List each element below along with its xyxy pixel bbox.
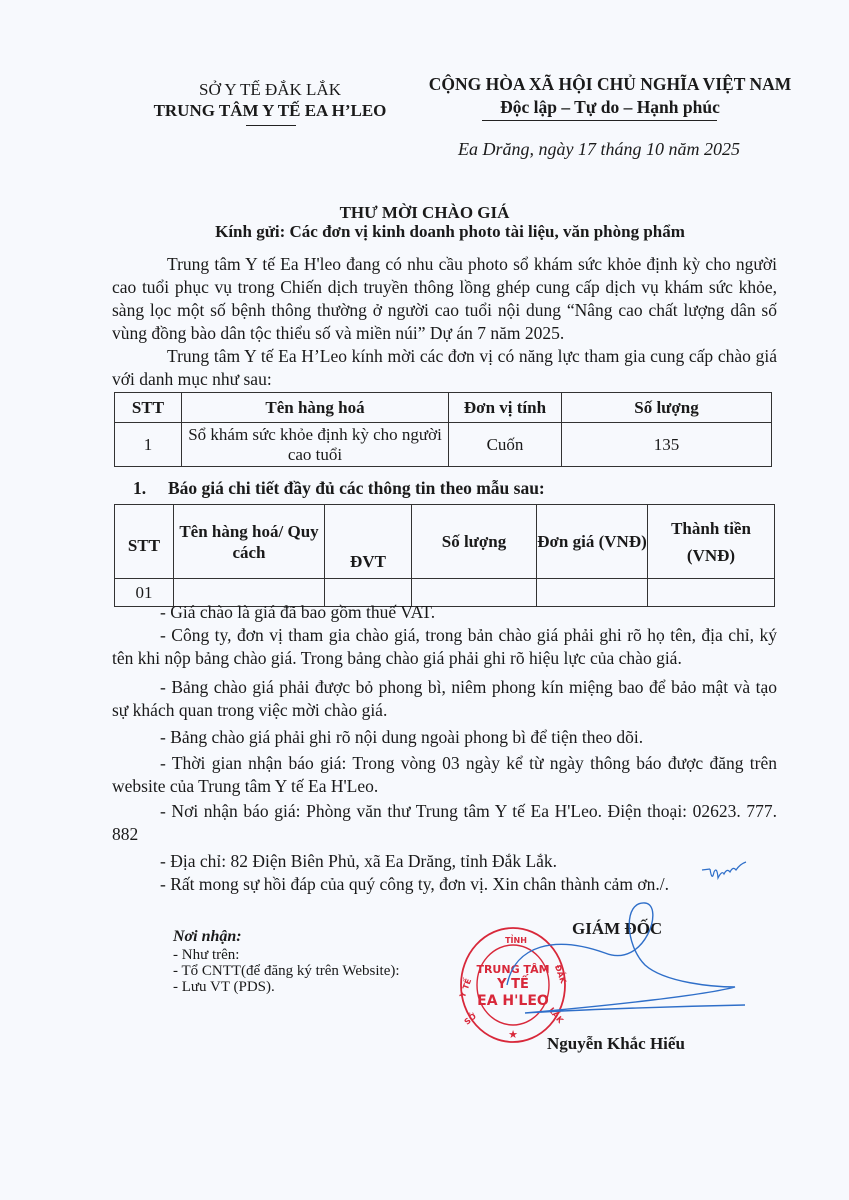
col-stt: STT (115, 393, 182, 423)
note-text: - Công ty, đơn vị tham gia chào giá, tro… (112, 625, 777, 668)
note-submission-place: - Nơi nhận báo giá: Phòng văn thư Trung … (112, 800, 777, 845)
document-date: Ea Drăng, ngày 17 tháng 10 năm 2025 (458, 139, 740, 160)
col-unit: ĐVT (325, 505, 412, 579)
intro-paragraph: Trung tâm Y tế Ea H'leo đang có nhu cầu … (112, 253, 777, 345)
recipient-item: - Lưu VT (PDS). (173, 979, 400, 995)
col-stt: STT (115, 505, 174, 579)
cell-item-name: Sổ khám sức khỏe định kỳ cho người cao t… (182, 423, 449, 467)
signer-name: Nguyễn Khắc Hiếu (547, 1034, 685, 1054)
parent-agency: SỞ Y TẾ ĐẮK LẮK (120, 80, 420, 100)
col-item-spec: Tên hàng hoá/ Quy cách (174, 505, 325, 579)
document-addressee: Kính gửi: Các đơn vị kinh doanh photo tà… (150, 222, 750, 242)
note-text: - Thời gian nhận báo giá: Trong vòng 03 … (112, 753, 777, 796)
note-company-info: - Công ty, đơn vị tham gia chào giá, tro… (112, 624, 777, 669)
col-quantity: Số lượng (412, 505, 537, 579)
recipient-item: - Tổ CNTT(để đăng ký trên Website): (173, 963, 400, 979)
recipients-block: Nơi nhận: - Như trên: - Tổ CNTT(để đăng … (173, 927, 400, 995)
svg-text:★: ★ (508, 1028, 518, 1041)
agency-header: SỞ Y TẾ ĐẮK LẮK TRUNG TÂM Y TẾ EA H’LEO (120, 80, 420, 122)
col-total: Thành tiền (VNĐ) (648, 505, 775, 579)
recipients-heading: Nơi nhận: (173, 927, 400, 947)
cell-unit: Cuốn (449, 423, 562, 467)
handwritten-signature (495, 895, 755, 1025)
note-text: - Nơi nhận báo giá: Phòng văn thư Trung … (112, 801, 777, 844)
national-header: CỘNG HÒA XÃ HỘI CHỦ NGHĨA VIỆT NAM Độc l… (400, 72, 820, 118)
note-thanks: - Rất mong sự hồi đáp của quý công ty, đ… (112, 873, 777, 896)
section-1-heading: Báo giá chi tiết đầy đủ các thông tin th… (168, 478, 545, 499)
col-quantity: Số lượng (562, 393, 772, 423)
note-text: - Bảng chào giá phải được bỏ phong bì, n… (112, 677, 777, 720)
note-text: - Bảng chào giá phải ghi rõ nội dung ngo… (160, 727, 643, 747)
svg-text:Y TẾ: Y TẾ (458, 976, 473, 1000)
table-row: 1 Sổ khám sức khỏe định kỳ cho người cao… (115, 423, 772, 467)
quote-table-header: STT Tên hàng hoá/ Quy cách ĐVT Số lượng … (115, 505, 775, 579)
col-unit-price: Đơn giá (VNĐ) (537, 505, 648, 579)
motto-underline (482, 120, 717, 121)
section-1-number: 1. (133, 478, 146, 499)
note-address: - Địa chỉ: 82 Điện Biên Phủ, xã Ea Drăng… (112, 850, 777, 873)
document-title: THƯ MỜI CHÀO GIÁ (0, 203, 849, 223)
note-sealed-envelope: - Bảng chào giá phải được bỏ phong bì, n… (112, 676, 777, 721)
note-deadline: - Thời gian nhận báo giá: Trong vòng 03 … (112, 752, 777, 797)
invitation-paragraph: Trung tâm Y tế Ea H’Leo kính mời các đơn… (112, 345, 777, 391)
col-item-name: Tên hàng hoá (182, 393, 449, 423)
national-title: CỘNG HÒA XÃ HỘI CHỦ NGHĨA VIỆT NAM (400, 72, 820, 96)
cell-quantity: 135 (562, 423, 772, 467)
items-table-header: STT Tên hàng hoá Đơn vị tính Số lượng (115, 393, 772, 423)
note-text: - Địa chỉ: 82 Điện Biên Phủ, xã Ea Drăng… (160, 851, 557, 871)
issuing-agency: TRUNG TÂM Y TẾ EA H’LEO (120, 100, 420, 122)
quote-form-table: STT Tên hàng hoá/ Quy cách ĐVT Số lượng … (114, 504, 775, 607)
note-envelope-label: - Bảng chào giá phải ghi rõ nội dung ngo… (112, 726, 777, 749)
initials-mark (700, 860, 750, 888)
note-vat: - Giá chào là giá đã bao gồm thuế VAT. (112, 601, 777, 624)
agency-underline (246, 125, 296, 126)
intro-text: Trung tâm Y tế Ea H'leo đang có nhu cầu … (112, 254, 777, 343)
note-text: - Giá chào là giá đã bao gồm thuế VAT. (160, 602, 435, 622)
recipient-item: - Như trên: (173, 947, 400, 963)
col-unit: Đơn vị tính (449, 393, 562, 423)
cell-stt: 1 (115, 423, 182, 467)
note-text: - Rất mong sự hồi đáp của quý công ty, đ… (160, 874, 669, 894)
items-table: STT Tên hàng hoá Đơn vị tính Số lượng 1 … (114, 392, 772, 467)
national-motto: Độc lập – Tự do – Hạnh phúc (400, 96, 820, 118)
invitation-text: Trung tâm Y tế Ea H’Leo kính mời các đơn… (112, 346, 777, 389)
